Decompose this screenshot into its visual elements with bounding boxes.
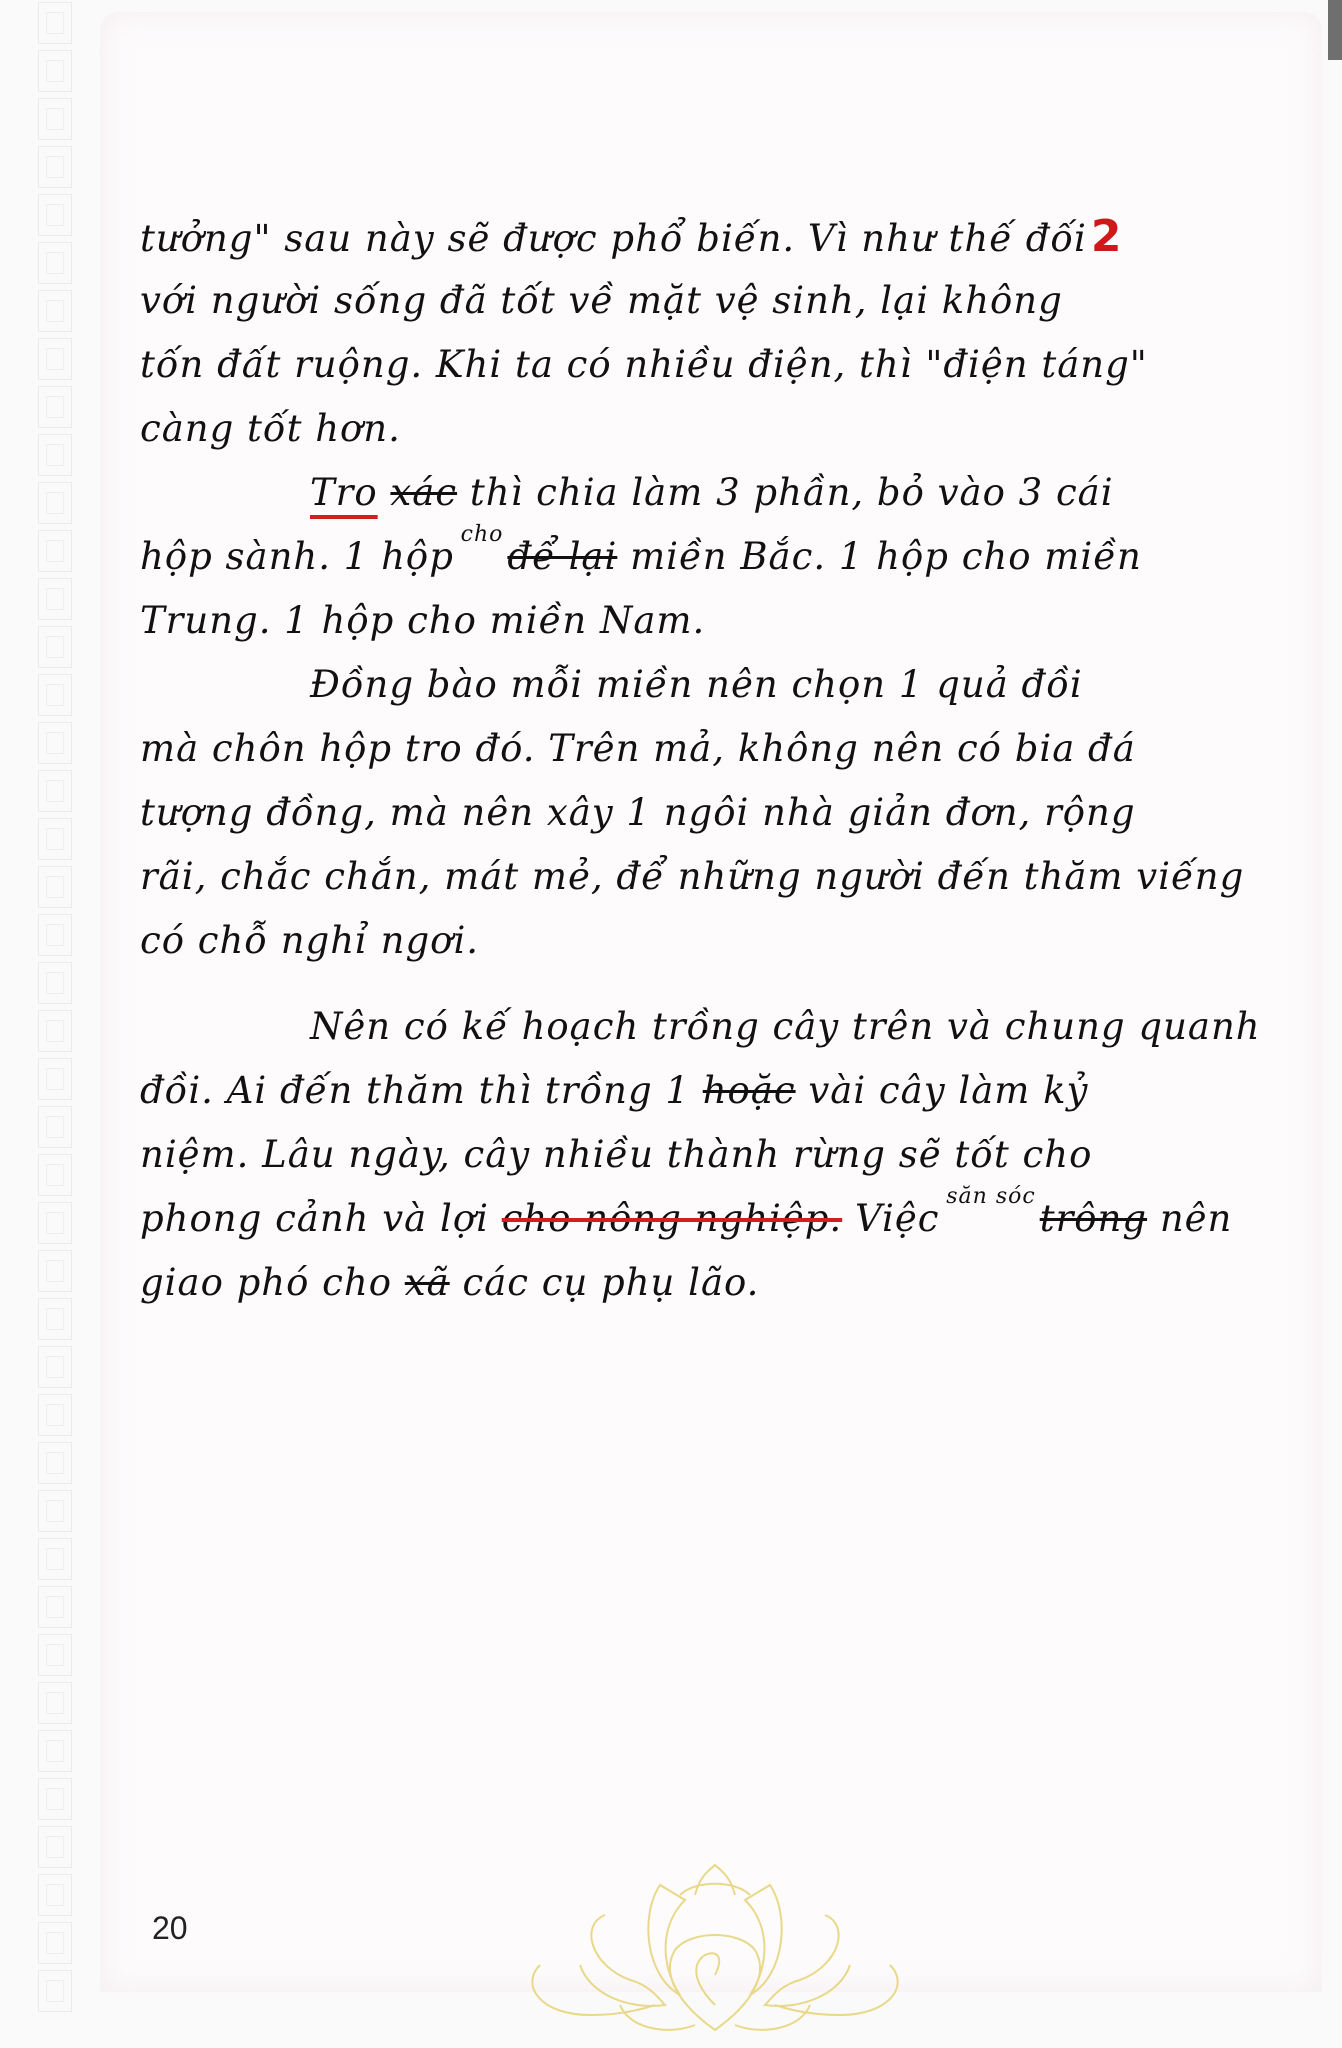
red-struck-phrase: cho nông nghiệp. [502, 1197, 843, 1240]
manuscript-line: hộp sành. 1 hộp chođể lại miền Bắc. 1 hộ… [140, 525, 1290, 589]
lotus-ornament-icon [510, 1855, 920, 2045]
manuscript-line: Trung. 1 hộp cho miền Nam. [140, 589, 1290, 653]
manuscript-line: có chỗ nghỉ ngơi. [140, 909, 1290, 973]
manuscript-line: tốn đất ruộng. Khi ta có nhiều điện, thì… [140, 333, 1290, 397]
page-number: 20 [152, 1910, 188, 1947]
manuscript-line: Tro xác thì chia làm 3 phần, bỏ vào 3 cá… [140, 461, 1290, 525]
inserted-word: săn sóc [946, 1184, 1035, 1209]
struck-word: để lại [507, 535, 617, 578]
manuscript-line: Nên có kế hoạch trồng cây trên và chung … [140, 995, 1290, 1059]
handwritten-manuscript: tưởng" sau này sẽ được phổ biến. Vì như … [140, 205, 1290, 1315]
manuscript-line: đồi. Ai đến thăm thì trồng 1 hoặc vài câ… [140, 1059, 1290, 1123]
struck-word: xác [390, 471, 457, 514]
red-page-marker: 2 [1091, 211, 1123, 262]
manuscript-line: giao phó cho xã các cụ phụ lão. [140, 1251, 1290, 1315]
manuscript-line: càng tốt hơn. [140, 397, 1290, 461]
struck-word: trông [1040, 1197, 1147, 1240]
decorative-border [38, 0, 78, 2048]
struck-word: xã [405, 1261, 450, 1304]
struck-word: hoặc [703, 1069, 796, 1112]
manuscript-line: niệm. Lâu ngày, cây nhiều thành rừng sẽ … [140, 1123, 1290, 1187]
manuscript-line: tượng đồng, mà nên xây 1 ngôi nhà giản đ… [140, 781, 1290, 845]
manuscript-line: với người sống đã tốt về mặt vệ sinh, lạ… [140, 269, 1290, 333]
inserted-word: cho [461, 522, 504, 547]
manuscript-line: tưởng" sau này sẽ được phổ biến. Vì như … [140, 205, 1290, 269]
manuscript-line: rãi, chắc chắn, mát mẻ, để những người đ… [140, 845, 1290, 909]
manuscript-line: phong cảnh và lợi cho nông nghiệp. Việc … [140, 1187, 1290, 1251]
manuscript-line: mà chôn hộp tro đó. Trên mả, không nên c… [140, 717, 1290, 781]
page-edge-shadow [1328, 0, 1342, 60]
manuscript-line: Đồng bào mỗi miền nên chọn 1 quả đồi [140, 653, 1290, 717]
red-underlined-word: Tro [310, 471, 378, 514]
